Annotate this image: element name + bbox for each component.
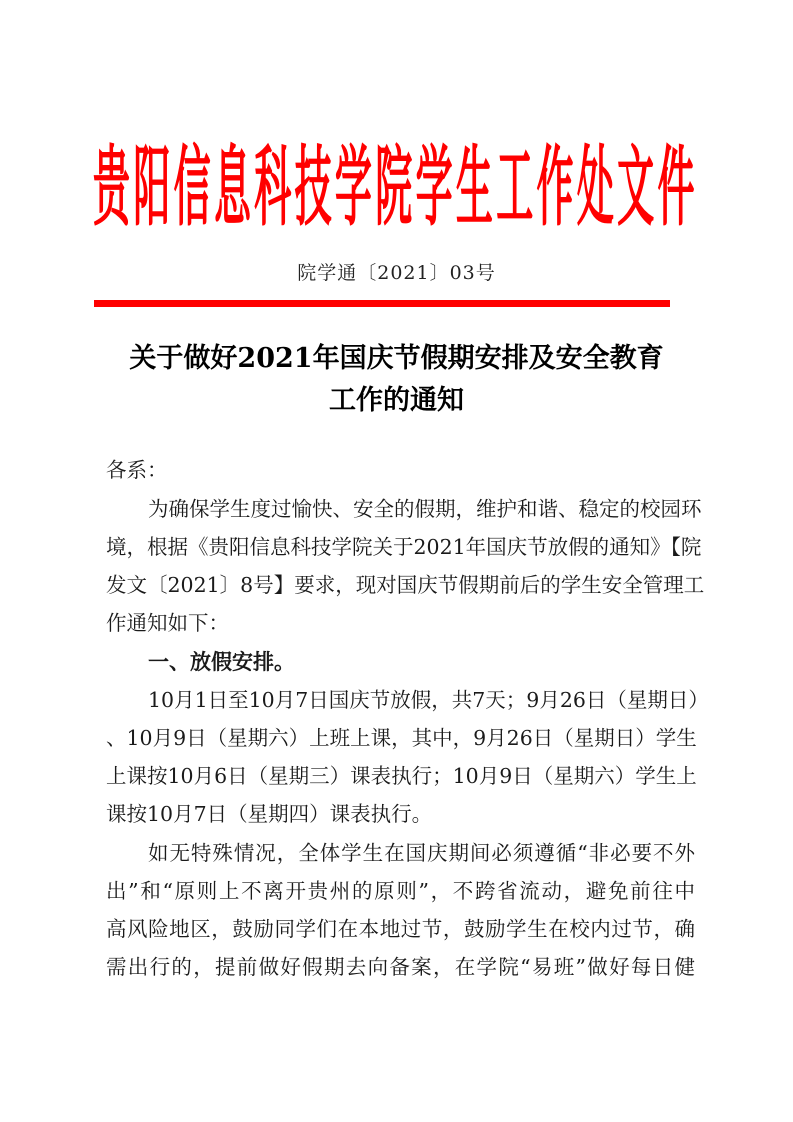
org-header-text: 贵阳信息科技学院学生工作处文件	[93, 144, 695, 231]
para3-line-1: 如无特殊情况，全体学生在国庆期间必须遵循“非必要不外	[148, 838, 695, 868]
document-page: 贵阳信息科技学院学生工作处文件 院学通〔2021〕03号 关于做好2021年国庆…	[0, 0, 793, 1122]
red-divider-rule	[94, 300, 670, 307]
para3-line-3: 高风险地区，鼓励同学们在本地过节，鼓励学生在校内过节，确	[106, 914, 695, 944]
notice-title-line-1: 关于做好2021年国庆节假期安排及安全教育	[0, 336, 793, 375]
para2-line-3: 上课按10月6日（星期三）课表执行；10月9日（星期六）学生上	[106, 761, 695, 791]
document-number: 院学通〔2021〕03号	[0, 258, 793, 285]
para3-line-4: 需出行的，提前做好假期去向备案，在学院“易班”做好每日健	[106, 952, 695, 982]
salutation: 各系：	[106, 455, 695, 485]
para2-line-1: 10月1日至10月7日国庆节放假，共7天；9月26日（星期日）	[148, 685, 695, 715]
para1-line-2: 境，根据《贵阳信息科技学院关于2021年国庆节放假的通知》【院	[106, 532, 695, 562]
para2-line-4: 课按10月7日（星期四）课表执行。	[106, 799, 695, 829]
section-1-heading: 一、放假安排。	[148, 647, 695, 677]
para1-line-1: 为确保学生度过愉快、安全的假期，维护和谐、稳定的校园环	[148, 494, 695, 524]
para2-line-2: 、10月9日（星期六）上班上课，其中，9月26日（星期日）学生	[106, 723, 695, 753]
para3-line-2: 出”和“原则上不离开贵州的原则”，不跨省流动，避免前往中	[106, 876, 695, 906]
notice-title-line-2: 工作的通知	[0, 378, 793, 417]
para1-line-3: 发文〔2021〕8号】要求，现对国庆节假期前后的学生安全管理工	[106, 570, 695, 600]
org-header-title: 贵阳信息科技学院学生工作处文件	[93, 140, 695, 235]
para1-line-4: 作通知如下：	[106, 608, 695, 638]
